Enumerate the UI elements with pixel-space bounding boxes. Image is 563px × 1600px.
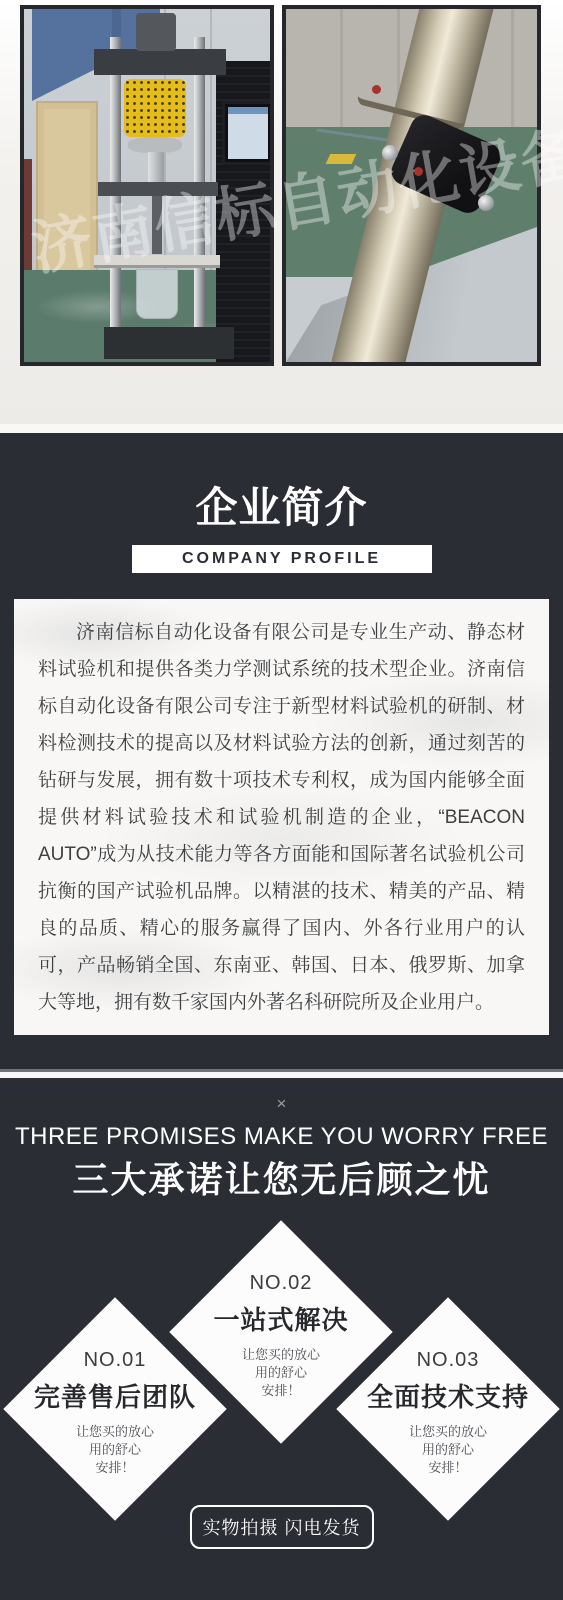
chrome-knob bbox=[382, 145, 398, 161]
red-sticker bbox=[414, 167, 423, 176]
promise-number: NO.03 bbox=[336, 1349, 560, 1372]
middle-crosshead bbox=[98, 182, 218, 196]
section-divider bbox=[0, 424, 563, 433]
specimen-container bbox=[136, 269, 178, 319]
promises-title-en: THREE PROMISES MAKE YOU WORRY FREE bbox=[0, 1122, 563, 1152]
machine-column-detail-photo bbox=[282, 5, 541, 366]
x-decoration: × bbox=[0, 1078, 563, 1114]
screen-titlebar bbox=[228, 107, 268, 114]
drum-base bbox=[128, 137, 182, 153]
company-profile-body-text: 济南信标自动化设备有限公司是专业生产动、静态材料试验机和提供各类力学测试系统的技… bbox=[38, 614, 525, 1021]
monitor-screen bbox=[228, 107, 268, 159]
promise-line: 安排！ bbox=[3, 1459, 227, 1477]
grip-fixture bbox=[152, 196, 162, 254]
product-detail-page: 济南信标自动化设备 企业简介 COMPANY PROFILE 济南信标自动化设备… bbox=[0, 0, 563, 1600]
promise-line: 让您买的放心 bbox=[336, 1423, 560, 1441]
actuator bbox=[136, 13, 176, 51]
testing-machine-photo bbox=[20, 5, 274, 366]
promise-number: NO.02 bbox=[169, 1272, 393, 1295]
promise-description: 让您买的放心 用的舒心 安排！ bbox=[336, 1423, 560, 1477]
promises-title-cn: 三大承诺让您无后顾之忧 bbox=[0, 1158, 563, 1202]
promises-section: × THREE PROMISES MAKE YOU WORRY FREE 三大承… bbox=[0, 1078, 563, 1600]
fast-shipping-badge[interactable]: 实物拍摄 闪电发货 bbox=[189, 1505, 373, 1549]
promise-title: 全面技术支持 bbox=[336, 1377, 560, 1414]
company-profile-title-en-box: COMPANY PROFILE bbox=[132, 545, 432, 573]
load-rod bbox=[148, 152, 164, 184]
company-profile-title-cn: 企业简介 bbox=[0, 433, 563, 533]
company-profile-title-en: COMPANY PROFILE bbox=[132, 545, 432, 573]
promise-content: NO.03 全面技术支持 让您买的放心 用的舒心 安排！ bbox=[336, 1297, 560, 1521]
promise-diamond-3: NO.03 全面技术支持 让您买的放心 用的舒心 安排！ bbox=[336, 1297, 560, 1521]
floor-marking bbox=[326, 154, 357, 164]
company-profile-section: 企业简介 COMPANY PROFILE 济南信标自动化设备有限公司是专业生产动… bbox=[0, 433, 563, 1069]
upper-crosshead bbox=[94, 49, 226, 75]
yellow-furnace-drum bbox=[124, 79, 186, 137]
red-sticker bbox=[372, 85, 381, 94]
section-divider bbox=[0, 1069, 563, 1078]
company-profile-body-box: 济南信标自动化设备有限公司是专业生产动、静态材料试验机和提供各类力学测试系统的技… bbox=[14, 599, 549, 1035]
promise-line: 安排！ bbox=[336, 1459, 560, 1477]
machine-base bbox=[104, 327, 234, 359]
chrome-knob bbox=[478, 195, 494, 211]
lower-platen bbox=[94, 255, 220, 268]
promise-line: 用的舒心 bbox=[336, 1441, 560, 1459]
monitor bbox=[222, 101, 274, 165]
photo-section: 济南信标自动化设备 bbox=[0, 0, 563, 424]
